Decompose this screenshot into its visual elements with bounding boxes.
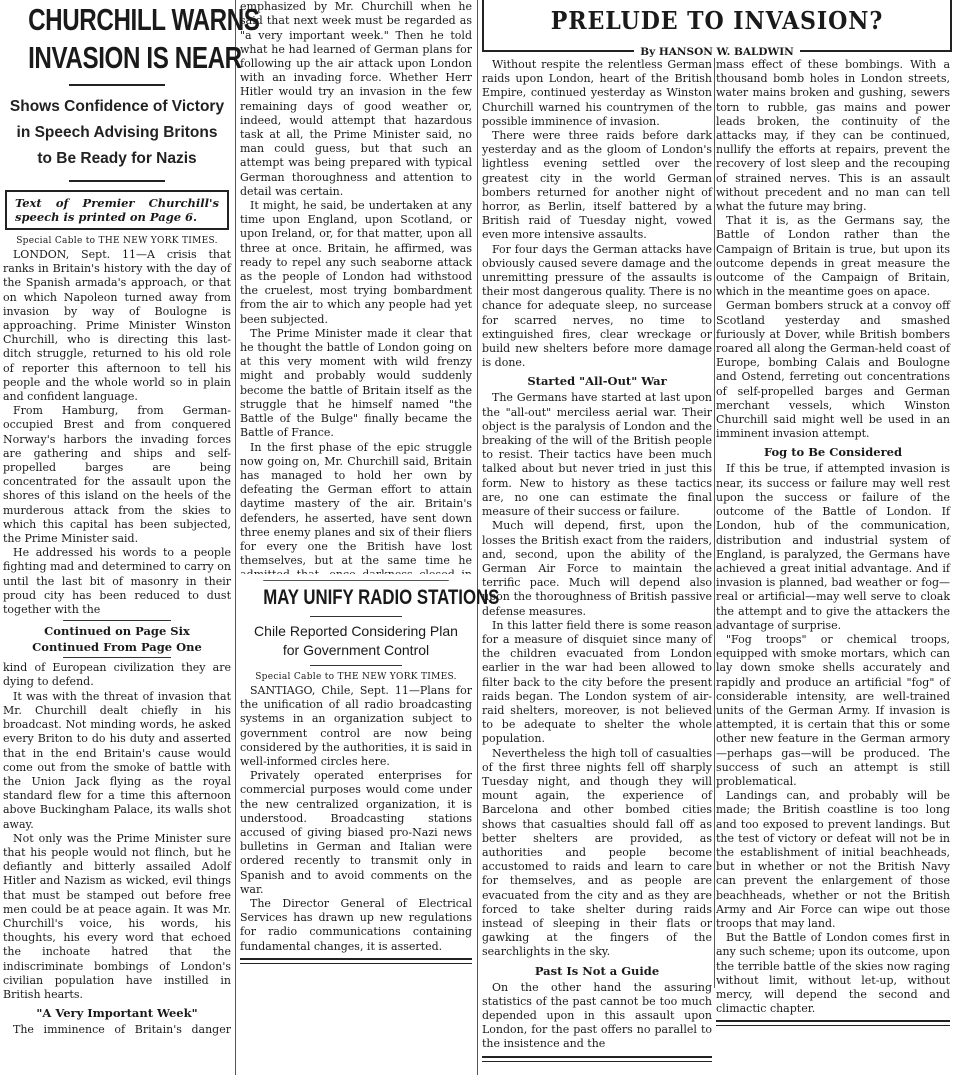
headline-line-1: CHURCHILL WARNS <box>28 2 206 38</box>
deck-line: in Speech Advising Britons <box>3 120 231 146</box>
paragraph: There were three raids before dark yeste… <box>482 129 712 243</box>
article-churchill-col1: CHURCHILL WARNS INVASION IS NEAR Shows C… <box>3 0 231 1037</box>
continued-from-jump: Continued From Page One <box>3 640 231 654</box>
deck-line: Shows Confidence of Victory <box>3 94 231 120</box>
column-rule <box>714 58 715 988</box>
paragraph: From Hamburg, from German-occupied Brest… <box>3 404 231 546</box>
paragraph: On the other hand the assuring statistic… <box>482 981 712 1052</box>
continued-on-jump: Continued on Page Six <box>3 624 231 638</box>
byline-text: By HANSON W. BALDWIN <box>634 46 800 58</box>
article-prelude-col2: mass effect of these bombings. With a th… <box>716 58 950 1026</box>
paragraph: It was with the threat of invasion that … <box>3 690 231 832</box>
end-rule <box>482 1056 712 1062</box>
paragraph: In the first phase of the epic struggle … <box>240 441 472 575</box>
end-rule <box>240 958 472 964</box>
prelude-header-box: PRELUDE TO INVASION? By HANSON W. BALDWI… <box>482 0 952 52</box>
paragraph: The Germans have started at last upon th… <box>482 391 712 519</box>
radio-deck-line: for Government Control <box>240 641 472 660</box>
divider <box>63 657 171 658</box>
divider <box>69 84 165 86</box>
headline-line-2: INVASION IS NEAR <box>28 40 206 76</box>
dateline-credit: Special Cable to THE NEW YORK TIMES. <box>3 236 231 246</box>
paragraph: The imminence of Britain's danger was em… <box>3 1023 231 1037</box>
column-rule <box>235 0 236 1075</box>
paragraph: kind of European civilization they are d… <box>3 661 231 689</box>
radio-headline: MAY UNIFY RADIO STATIONS <box>263 580 449 611</box>
divider <box>69 180 165 182</box>
dateline-credit: Special Cable to THE NEW YORK TIMES. <box>240 672 472 682</box>
deck-line: to Be Ready for Nazis <box>3 146 231 172</box>
continued-text: The imminence of Britain's danger was em… <box>240 14 472 574</box>
paragraph: If this be true, if attempted invasion i… <box>716 462 950 632</box>
divider <box>310 616 402 617</box>
paragraph: German bombers struck at a convoy off Sc… <box>716 299 950 441</box>
paragraph: The Director General of Electrical Servi… <box>240 897 472 954</box>
subhead: "A Very Important Week" <box>3 1006 231 1020</box>
prelude-headline: PRELUDE TO INVASION? <box>503 6 932 35</box>
article-churchill-col2: The imminence of Britain's danger was em… <box>240 0 472 964</box>
paragraph: But the Battle of London comes first in … <box>716 931 950 1016</box>
article-prelude-col1: Without respite the relentless German ra… <box>482 58 712 1062</box>
paragraph: It might, he said, be undertaken at any … <box>240 199 472 327</box>
paragraph: Without respite the relentless German ra… <box>482 58 712 129</box>
paragraph: LONDON, Sept. 11—A crisis that ranks in … <box>3 248 231 404</box>
divider <box>310 665 402 666</box>
speech-text-note: Text of Premier Churchill's speech is pr… <box>5 190 229 230</box>
paragraph: The imminence of Britain's danger was em… <box>240 14 472 199</box>
radio-deck-line: Chile Reported Considering Plan <box>240 622 472 641</box>
paragraph: Much will depend, first, upon the losses… <box>482 519 712 618</box>
column-rule <box>477 0 478 1075</box>
paragraph: Privately operated enterprises for comme… <box>240 769 472 897</box>
byline: By HANSON W. BALDWIN <box>484 46 950 58</box>
paragraph: Landings can, and probably will be made;… <box>716 789 950 931</box>
overflow-wrap: The imminence of Britain's danger was em… <box>240 0 472 14</box>
paragraph: In this latter field there is some reaso… <box>482 619 712 747</box>
paragraph: The imminence of Britain's danger was em… <box>240 0 472 14</box>
paragraph: Nevertheless the high toll of casualties… <box>482 747 712 960</box>
paragraph: SANTIAGO, Chile, Sept. 11—Plans for the … <box>240 684 472 769</box>
subhead: Past Is Not a Guide <box>482 964 712 978</box>
paragraph: mass effect of these bombings. With a th… <box>716 58 950 214</box>
paragraph: The Prime Minister made it clear that he… <box>240 327 472 441</box>
paragraph: "Fog troops" or chemical troops, equippe… <box>716 633 950 789</box>
paragraph: For four days the German attacks have ob… <box>482 243 712 371</box>
paragraph: He addressed his words to a people fight… <box>3 546 231 617</box>
subhead: Started "All-Out" War <box>482 374 712 388</box>
divider <box>63 620 171 621</box>
end-rule <box>716 1020 950 1026</box>
subhead: Fog to Be Considered <box>716 445 950 459</box>
paragraph: That it is, as the Germans say, the Batt… <box>716 214 950 299</box>
paragraph: Not only was the Prime Minister sure tha… <box>3 832 231 1002</box>
